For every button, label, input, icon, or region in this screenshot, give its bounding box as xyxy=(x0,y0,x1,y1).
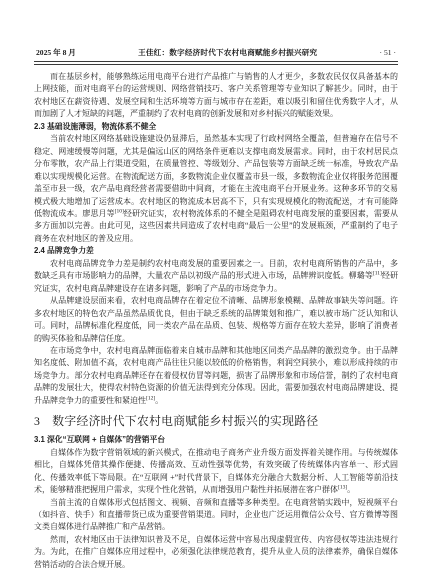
paragraph-media-3: 然而，农村地区由于法律知识普及不足，自媒体运营中容易出现虚假宣传、内容侵权等违法… xyxy=(34,534,398,571)
page-header: 2025 年 8 月 王佳红：数字经济时代下农村电商赋能乡村振兴研究 · 51 … xyxy=(34,48,398,58)
header-date: 2025 年 8 月 xyxy=(36,48,76,58)
paragraph-talent-shortage: 而在基层乡村，能够熟练运用电商平台进行产品推广与销售的人才更少，多数农民仅仅具备… xyxy=(34,71,398,121)
paragraph-brand-1: 农村电商品牌竞争力差是制约农村电商发展的重要因素之一。目前，农村电商所销售的产品… xyxy=(34,258,398,295)
paragraph-media-1: 自媒体作为数字营销领域的新兴模式，在推动电子商务产业升级方面发挥着关键作用。与传… xyxy=(34,447,398,497)
header-running-title: 王佳红：数字经济时代下农村电商赋能乡村振兴研究 xyxy=(138,48,317,58)
heading-section-3: 3 数字经济时代下农村电商赋能乡村振兴的实现路径 xyxy=(34,414,398,429)
paper-page: 2025 年 8 月 王佳红：数字经济时代下农村电商赋能乡村振兴研究 · 51 … xyxy=(0,0,427,583)
paragraph-media-2: 当前主流的自媒体形式包括图文、视频、音频和直播等多种类型。在电商营销实践中，短视… xyxy=(34,497,398,534)
paragraph-infrastructure: 当前农村地区网络基础设施建设仍显滞后，虽然基本实现了行政村网络全覆盖，但普遍存在… xyxy=(34,133,398,245)
article-body: 而在基层乡村，能够熟练运用电商平台进行产品推广与销售的人才更少，多数农民仅仅具备… xyxy=(34,71,398,571)
paragraph-brand-2: 从品牌建设层面来看，农村电商品牌存在着定位不清晰、品牌形象模糊、品牌故事缺失等问… xyxy=(34,295,398,345)
heading-2-3: 2.3 基础设施薄弱，物流体系不健全 xyxy=(34,121,398,133)
heading-3-1: 3.1 深化“互联网 + 自媒体”的营销平台 xyxy=(34,434,398,446)
header-page-number: · 51 · xyxy=(380,48,396,58)
paragraph-brand-3: 在市场竞争中，农村电商品牌面临着来自城市品牌和其他地区同类产品品牌的激烈竞争。由… xyxy=(34,345,398,407)
header-double-rule xyxy=(34,61,398,65)
heading-2-4: 2.4 品牌竞争力差 xyxy=(34,245,398,257)
